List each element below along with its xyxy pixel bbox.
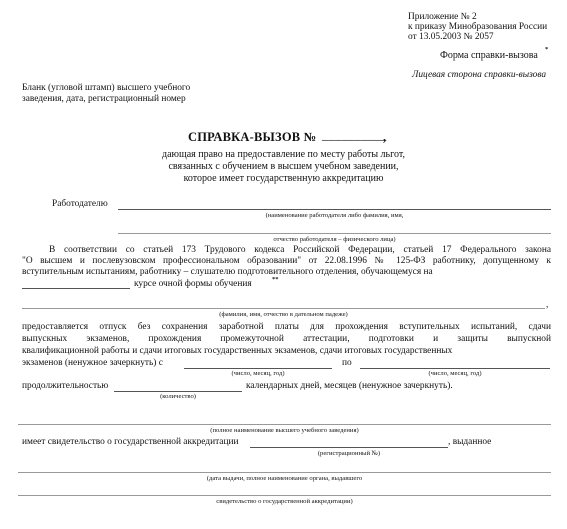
date-to-label: по <box>342 358 352 369</box>
date-to-field-line[interactable] <box>360 368 550 369</box>
university-hint: (полное наименование высшего учебного за… <box>18 427 551 435</box>
date-to-hint: (число, месяц, год) <box>360 370 550 378</box>
title-sub-1: дающая право на предоставление по месту … <box>0 149 567 161</box>
employer-hint-1: (наименование работодателя либо фамилия,… <box>118 212 551 220</box>
employee-name-comma: , <box>546 300 548 311</box>
accreditation-number-field-line[interactable] <box>250 447 448 448</box>
p1-line-3: вступительным испытаниям, работнику – сл… <box>22 267 433 278</box>
title-number-field[interactable]: __________ <box>322 128 387 143</box>
title-sub-3: которое имеет государственную аккредитац… <box>0 173 567 185</box>
course-field-line[interactable] <box>22 288 130 289</box>
stamp-line-2: заведения, дата, регистрационный номер <box>22 94 186 105</box>
registration-hint: (регистрационный №) <box>250 450 448 458</box>
course-mark: ** <box>272 276 279 284</box>
p2-line-4-prefix: экзаменов (ненужное зачеркнуть) с <box>22 358 163 369</box>
title-main: СПРАВКА-ВЫЗОВ № <box>188 130 316 145</box>
stamp-line-1: Бланк (угловой штамп) высшего учебного <box>22 83 190 94</box>
employer-field-line-1[interactable] <box>118 209 551 210</box>
appendix-line-3: от 13.05.2003 № 2057 <box>408 32 494 43</box>
employer-label: Работодателю <box>52 199 108 210</box>
duration-label: продолжительностью <box>22 381 108 392</box>
duration-suffix: календарных дней, месяцев (ненужное заче… <box>246 381 453 392</box>
duration-hint: (количество) <box>114 393 242 401</box>
employer-hint-2: отчество работодателя – физического лица… <box>118 236 551 244</box>
date-from-hint: (число, месяц, год) <box>184 370 332 378</box>
accreditation-prefix: имеет свидетельство о государственной ак… <box>22 437 239 448</box>
p2-line-3: квалификационной работы и сдачи итоговых… <box>22 346 452 357</box>
employee-name-field-line[interactable] <box>22 308 545 309</box>
issuer-field-line-2[interactable] <box>18 495 551 496</box>
duration-field-line[interactable] <box>114 391 242 392</box>
side-label: Лицевая сторона справки-вызова <box>412 70 546 81</box>
issuer-hint-2: свидетельство о государственной аккредит… <box>18 498 551 506</box>
date-from-field-line[interactable] <box>184 368 332 369</box>
issuer-field-line-1[interactable] <box>18 472 551 473</box>
form-asterisk: * <box>545 46 548 54</box>
employee-name-hint: (фамилия, имя, отчество в дательном паде… <box>22 311 545 319</box>
p1-line-1: В соответствии со статьей 173 Трудового … <box>49 245 551 256</box>
title-sub-2: связанных с обучением в высшем учебном з… <box>0 161 567 173</box>
p2-line-2: выпускных экзаменов, прохождения промежу… <box>22 334 551 345</box>
course-text: курсе очной формы обучения <box>134 279 252 290</box>
form-name: Форма справки-вызова <box>440 50 538 62</box>
accreditation-suffix: , выданное <box>448 437 491 448</box>
p2-line-1: предоставляется отпуск без сохранения за… <box>22 322 551 333</box>
employer-field-line-2[interactable] <box>118 233 551 234</box>
issuer-hint-1: (дата выдачи, полное наименование органа… <box>18 475 551 483</box>
university-field-line[interactable] <box>18 424 551 425</box>
p1-line-2: "О высшем и послевузовском профессиональ… <box>22 256 551 267</box>
title-comma: , <box>383 130 386 145</box>
